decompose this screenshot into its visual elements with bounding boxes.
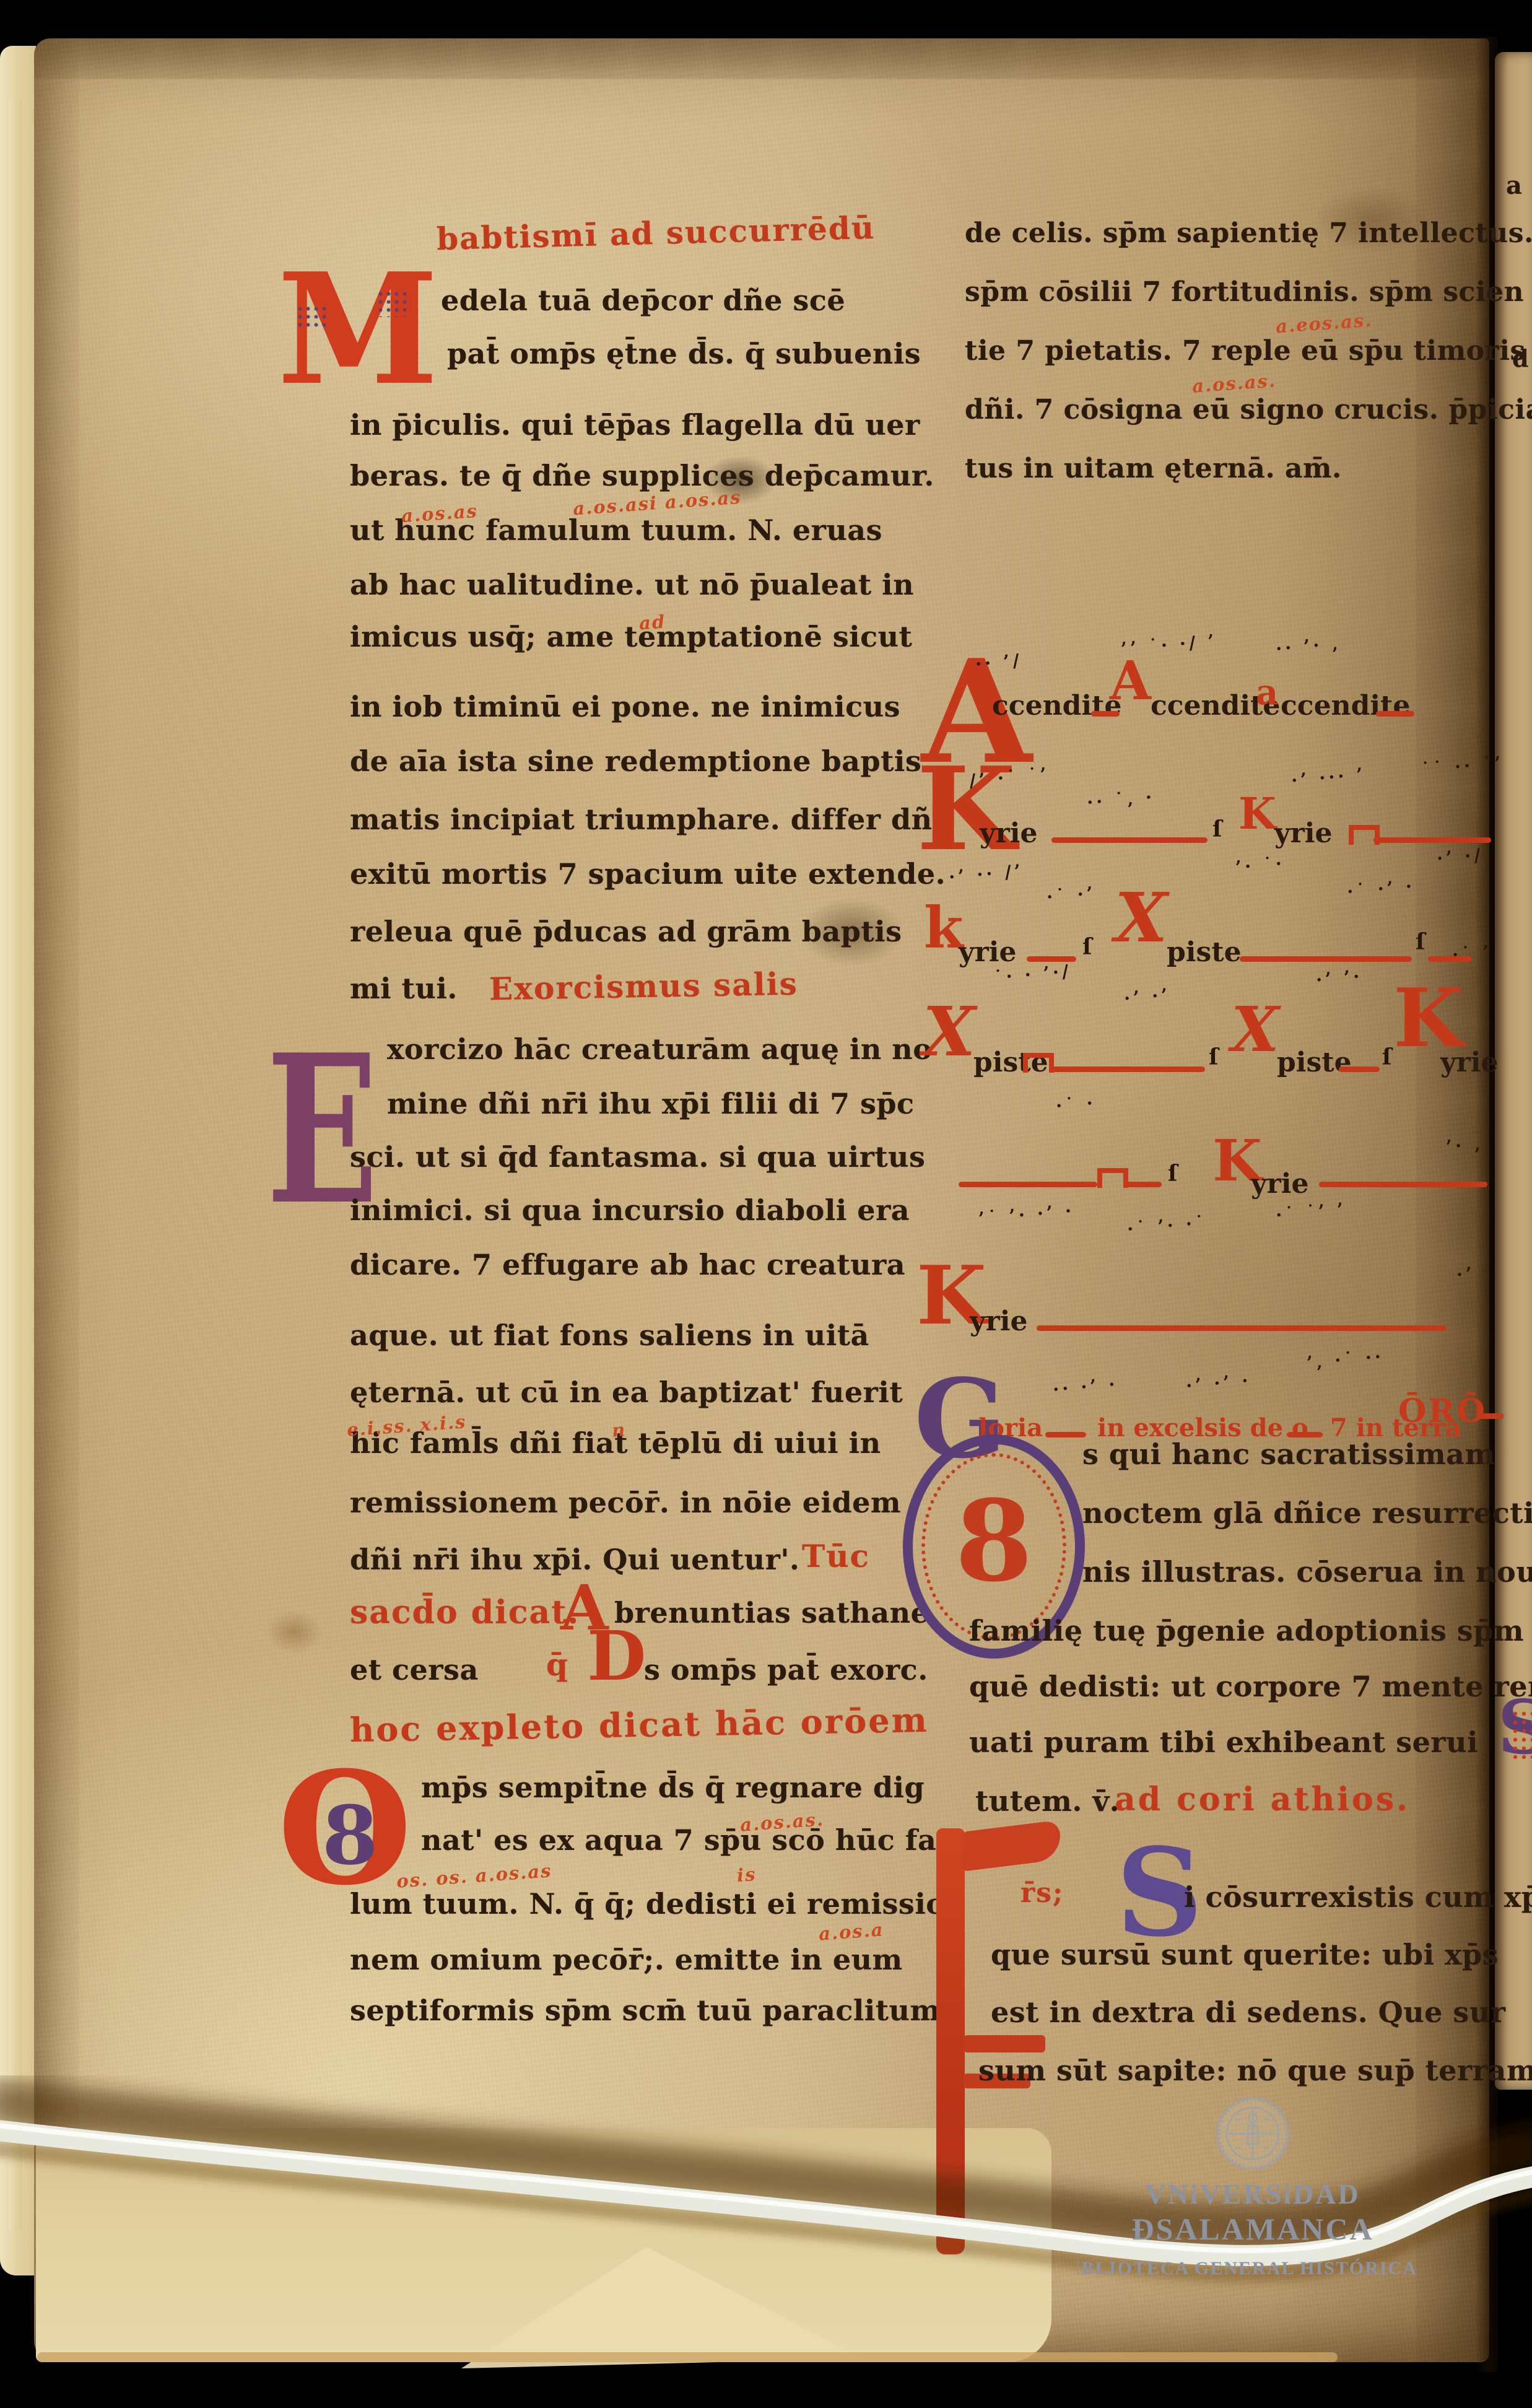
music-red-line [1373, 837, 1491, 843]
music-initial-a3: a [1256, 679, 1278, 707]
stamp-line-salamanca: ÐSALAMANCA [1131, 2212, 1373, 2246]
rubric-hoc-expleto: hoc expleto dicat hāc orōem [350, 1703, 929, 1747]
text-line: ęternā. ut cū in ea baptizat' fuerit [350, 1378, 903, 1407]
neume-cluster: ’· ‚ [1445, 1133, 1484, 1157]
music-text: piste [1167, 936, 1242, 968]
music-red-line [959, 1182, 1097, 1187]
music-red-line [1049, 1067, 1205, 1072]
custos-mark: ſ [1416, 929, 1425, 955]
manuscript-photo: a d S babtismı̄ ad succurrēdū M edela tu… [0, 0, 1532, 2408]
music-text: yrie [970, 1306, 1027, 1337]
initial-D-inner-eight: 8 [955, 1476, 1032, 1607]
text-line: sp̄m cōsilii 7 fortitudinis. sp̄m scien [965, 279, 1524, 306]
neume-cluster: ·’ ·/ [1436, 844, 1485, 869]
text-line: tutem. v̄. [975, 1787, 1120, 1815]
text-line: inimici. si qua incursio diaboli era [350, 1196, 910, 1224]
initial-E: E [266, 1048, 378, 1211]
neume-cluster: ·’ ·’ [1123, 984, 1172, 1009]
music-text: piste [1277, 1047, 1352, 1078]
text-line: mine dñi nr̄i ihu xp̄i filii di 7 sp̄c [387, 1089, 915, 1118]
text-line: nis illustras. cōserua in noua [1082, 1558, 1532, 1586]
nextpage-initial-dots [1511, 1709, 1532, 1759]
music-red-line [1339, 1067, 1380, 1072]
interlinear-gloss: n [611, 1419, 627, 1441]
initial-M-dots [376, 290, 411, 317]
rubric-sacerdos-dicat: sacd̄o dicat. [350, 1597, 580, 1629]
text-line: remissionem pecōr̄. in nōie eidem [350, 1488, 901, 1517]
music-text: ccendite [1281, 690, 1410, 722]
initial-M-dots [296, 305, 328, 329]
neume-cluster: ·˙ · [1055, 1092, 1097, 1117]
text-line: que sursū sunt querite: ubi xp̄s [991, 1940, 1499, 1969]
folio-edge-left-2 [9, 99, 22, 2230]
text-line: i cōsurrexistis cum xp̄o [1184, 1883, 1532, 1911]
text-line: nem omium pecōr̄;. emitte in eum [350, 1945, 903, 1974]
text-line: dicare. 7 effugare ab hac creatura [350, 1250, 905, 1279]
rubric-fratres-abbrev: r̄s; [1021, 1880, 1064, 1907]
neume-cluster: ’· ˙· [1235, 853, 1286, 878]
rubric-q: q̄ [546, 1649, 569, 1680]
initial-D-deus: D [587, 1629, 646, 1683]
text-line: tus in uitam ęternā. am̄. [965, 455, 1342, 482]
text-line: aque. ut fiat fons saliens in uitā [350, 1321, 869, 1350]
text-line: noctem glā dñice resurrectio [1082, 1499, 1532, 1527]
text-line: septiformis sp̄m scm̄ tuū paraclitum [350, 1996, 941, 2025]
music-text: ccendite [992, 690, 1121, 722]
text-line: familię tuę p̄genie adoptionis sp̄m [969, 1616, 1524, 1645]
text-line: de aīa ista sine redemptione baptis [350, 747, 921, 775]
text-line: sci. ut si q̄d fantasma. si qua uirtus [350, 1143, 925, 1171]
custos-mark: ſ [1168, 1161, 1178, 1187]
text-line: mi tui. [350, 974, 458, 1003]
music-red-line [1479, 1413, 1504, 1419]
text-line: imicus usq̄; ame temptationē sicut [350, 622, 912, 651]
music-initial-A2: A [1110, 660, 1151, 703]
text-line: pat̄ omp̄s ęt̄ne d̄s. q̄ subuenis [447, 339, 921, 368]
text-line: matis incipiat triumphare. differ dñe [350, 805, 951, 834]
text-line: uati puram tibi exhibeant serui [969, 1728, 1478, 1756]
music-initial-X: X [1115, 891, 1167, 945]
text-line: xorcizo hāc creaturām aquę in no [387, 1035, 932, 1063]
page-bottom-edge [37, 2352, 1338, 2362]
music-initial-K2: K [1238, 796, 1276, 831]
text-line: de celis. sp̄m sapientię 7 intellectus. [965, 220, 1532, 247]
text-line: exitū mortis 7 spacium uite extende. [350, 860, 946, 888]
text-line: beras. te q̄ dñe supplices dep̄camur. [350, 461, 934, 490]
text-line: in p̄iculis. qui tēp̄as flagella dū uer [350, 411, 920, 439]
interlinear-gloss: ad [638, 611, 666, 634]
music-text: yrie [1251, 1168, 1308, 1200]
custos-mark: ſ [1212, 816, 1222, 842]
stamp-line-biblioteca: BIBLIOTECA GENERAL HISTÓRICA [1077, 2258, 1417, 2279]
stamp-line-universidad: VNiVERSiDAD [1145, 2178, 1360, 2210]
nextpage-text-fragment: a [1506, 173, 1522, 198]
text-line: in iob timinū ei pone. ne inimicus [350, 692, 900, 721]
text-line: ab hac ualitudine. ut nō p̄ualeat in [350, 570, 914, 599]
music-red-line [1287, 1432, 1323, 1437]
initial-F-stem [936, 1828, 965, 2254]
music-initial-K: K [1393, 986, 1463, 1050]
parchment-stain [266, 1610, 322, 1654]
text-line: edela tuā dep̄cor dñe scē [441, 286, 845, 315]
text-line: et cersa [350, 1655, 479, 1684]
text-line: releua quē p̄ducas ad grām baptis [350, 917, 902, 946]
rubric-oratio: ŌRŌ [1398, 1392, 1487, 1430]
music-initial-X: X [1231, 1005, 1279, 1054]
neume-cluster: ·’ ’· [1315, 966, 1364, 990]
text-line: mp̄s sempit̄ne d̄s q̄ regnare dig [421, 1773, 925, 1802]
music-text: yrie [1440, 1047, 1498, 1078]
text-line: s qui hanc sacratissimam [1082, 1440, 1495, 1468]
music-initial-X: X [923, 1005, 975, 1059]
music-text: yrie [959, 936, 1016, 968]
music-red-line [1123, 1182, 1162, 1187]
music-red-line [1037, 1325, 1447, 1331]
text-line: nat' es ex aqua 7 sp̄u scō hūc famu [421, 1826, 988, 1854]
custos-mark: ſ [1382, 1044, 1392, 1070]
rubric-exorcismus-salis: Exorcismus salis [489, 969, 798, 1005]
music-text: yrie [980, 818, 1037, 849]
initial-F-arm [964, 2035, 1045, 2052]
music-red-line [1045, 1432, 1086, 1437]
rubric-tunc: Tūc [802, 1541, 870, 1572]
text-line: s omp̄s pat̄ exorc. [644, 1655, 928, 1684]
neume-cluster: ·· ’/ [975, 650, 1024, 674]
interlinear-gloss: is [736, 1864, 757, 1886]
text-line: tie 7 pietatis. 7 reple eū sp̄u timoris [965, 338, 1526, 365]
initial-O-inner-ornament: 8 [322, 1804, 378, 1868]
custos-mark: ſ [1209, 1044, 1219, 1070]
custos-mark: ſ [1082, 934, 1092, 960]
text-line: est in dextra di sedens. Que sur [991, 1998, 1506, 2026]
text-line: dñi nr̄i ihu xp̄i. Qui uentur'. [350, 1545, 799, 1574]
music-red-line [1051, 837, 1208, 843]
rubric-ad-corinthios: ad cori athios. [1115, 1784, 1410, 1816]
music-text: yrie [1274, 818, 1332, 849]
neume-cluster: ·˙ ·’ [1046, 883, 1097, 908]
university-seal-icon [1218, 2099, 1287, 2168]
music-red-line [1319, 1182, 1487, 1187]
text-line: brenuntias sathane [614, 1599, 929, 1627]
music-red-line [1240, 956, 1412, 962]
text-line: quē dedisti: ut corpore 7 mente reno [969, 1672, 1532, 1701]
music-initial-k: k [924, 905, 964, 951]
music-red-line [1376, 711, 1414, 717]
neume-cluster: ·’ [1456, 1263, 1476, 1286]
text-line: lum tuum. N. q̄ q̄; dedisti ei remissio [350, 1890, 945, 1918]
library-watermark: VNiVERSiDAD ÐSALAMANCA BIBLIOTECA GENERA… [1077, 2075, 1424, 2298]
neume-cluster: ·˙ ’ [1451, 941, 1494, 966]
initial-M: M [277, 268, 438, 390]
text-line: dñi. 7 cōsigna eū signo crucis. p̄picia [965, 396, 1532, 424]
